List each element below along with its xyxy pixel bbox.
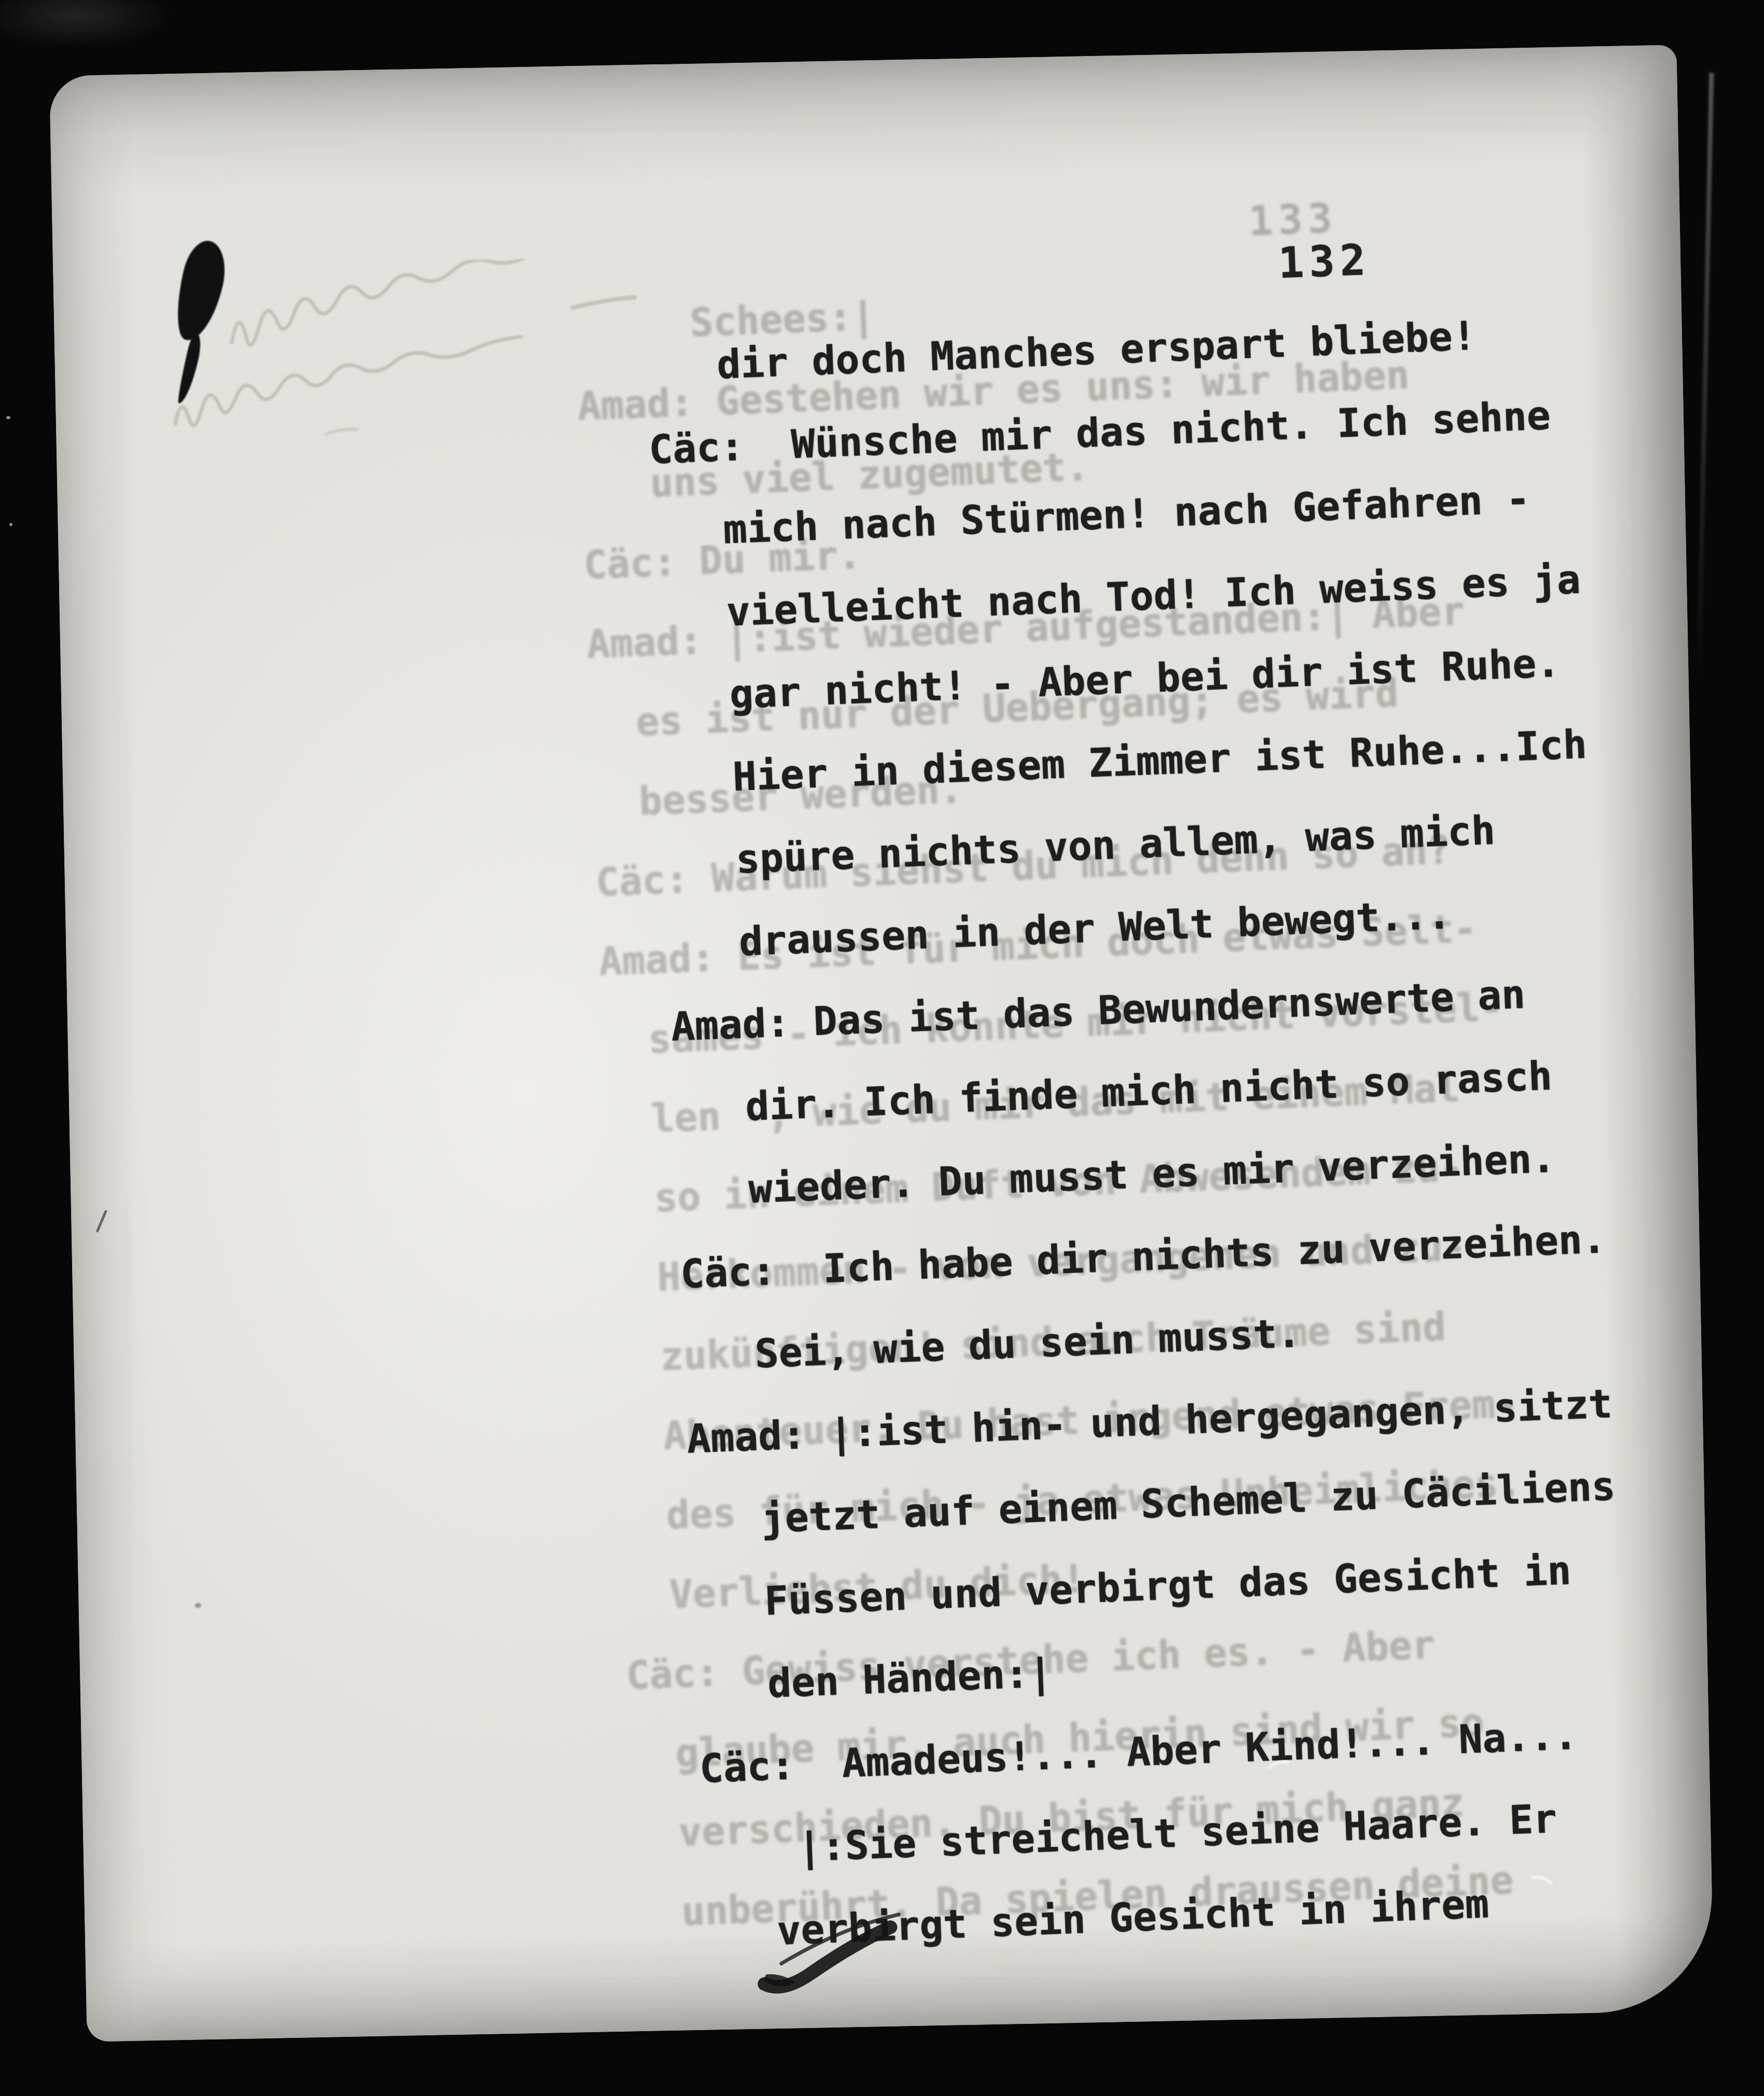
typed-line: Füssen und verbirgt das Gesicht in xyxy=(692,1546,1572,1629)
typed-line: jetzt auf einem Schemel zu Cäciliens xyxy=(689,1461,1616,1546)
scanned-document-screenshot: { "document": { "page_number": "132", "p… xyxy=(0,0,1764,2096)
typed-line: Sei, wie du sein musst. xyxy=(683,1308,1301,1382)
typed-line: vielleicht nach Tod! Ich weiss es ja xyxy=(654,555,1581,640)
film-corner-glow xyxy=(0,0,218,78)
film-background: 133 Schees:|Amad: Gestehen wir es uns: w… xyxy=(0,0,1764,2096)
typed-line: mich nach Stürmen! nach Gefahren - xyxy=(651,474,1531,557)
typed-line: Amad: Das ist das Bewundernswerte an xyxy=(670,969,1526,1052)
document-page: 133 Schees:|Amad: Gestehen wir es uns: w… xyxy=(49,45,1714,2042)
film-speck xyxy=(6,416,10,419)
page-edge-sliver xyxy=(1697,73,1714,685)
typed-line: draussen in der Welt bewegt... xyxy=(667,890,1452,970)
typed-line: Hier in diesem Zimmer ist Ruhe...Ich xyxy=(660,719,1588,804)
typed-lines: dir doch Manches erspart bliebe!Cäc: Wün… xyxy=(49,45,1657,92)
pencil-handwriting xyxy=(141,255,715,463)
page-number: 132 xyxy=(1277,237,1371,287)
film-speck xyxy=(9,523,12,526)
typed-line: Amad: |:ist hin- und hergegangen, sitzt xyxy=(686,1379,1613,1464)
typed-line: den Händen:| xyxy=(695,1648,1053,1711)
typed-line: Cäc: Ich habe dir nichts zu verzeihen. xyxy=(680,1214,1607,1299)
typed-line: spüre nichts von allem, was mich xyxy=(664,805,1496,887)
typed-line: |:Sie streichelt seine Haare. Er xyxy=(702,1794,1558,1876)
typed-line: dir. Ich finde mich nicht so rasch xyxy=(673,1051,1553,1134)
typed-line: wieder. Du musst es mir verzeihen. xyxy=(677,1133,1556,1217)
strike-mark xyxy=(752,1896,932,2001)
typed-line: Cäc: Wünsche mir das nicht. Ich sehne xyxy=(648,391,1551,475)
typed-line: Cäc: Amadeus!... Aber Kind!... Na... xyxy=(699,1711,1578,1794)
typed-line: gar nicht! - Aber bei dir ist Ruhe. xyxy=(657,638,1561,722)
typed-line: dir doch Manches erspart bliebe! xyxy=(645,311,1477,392)
